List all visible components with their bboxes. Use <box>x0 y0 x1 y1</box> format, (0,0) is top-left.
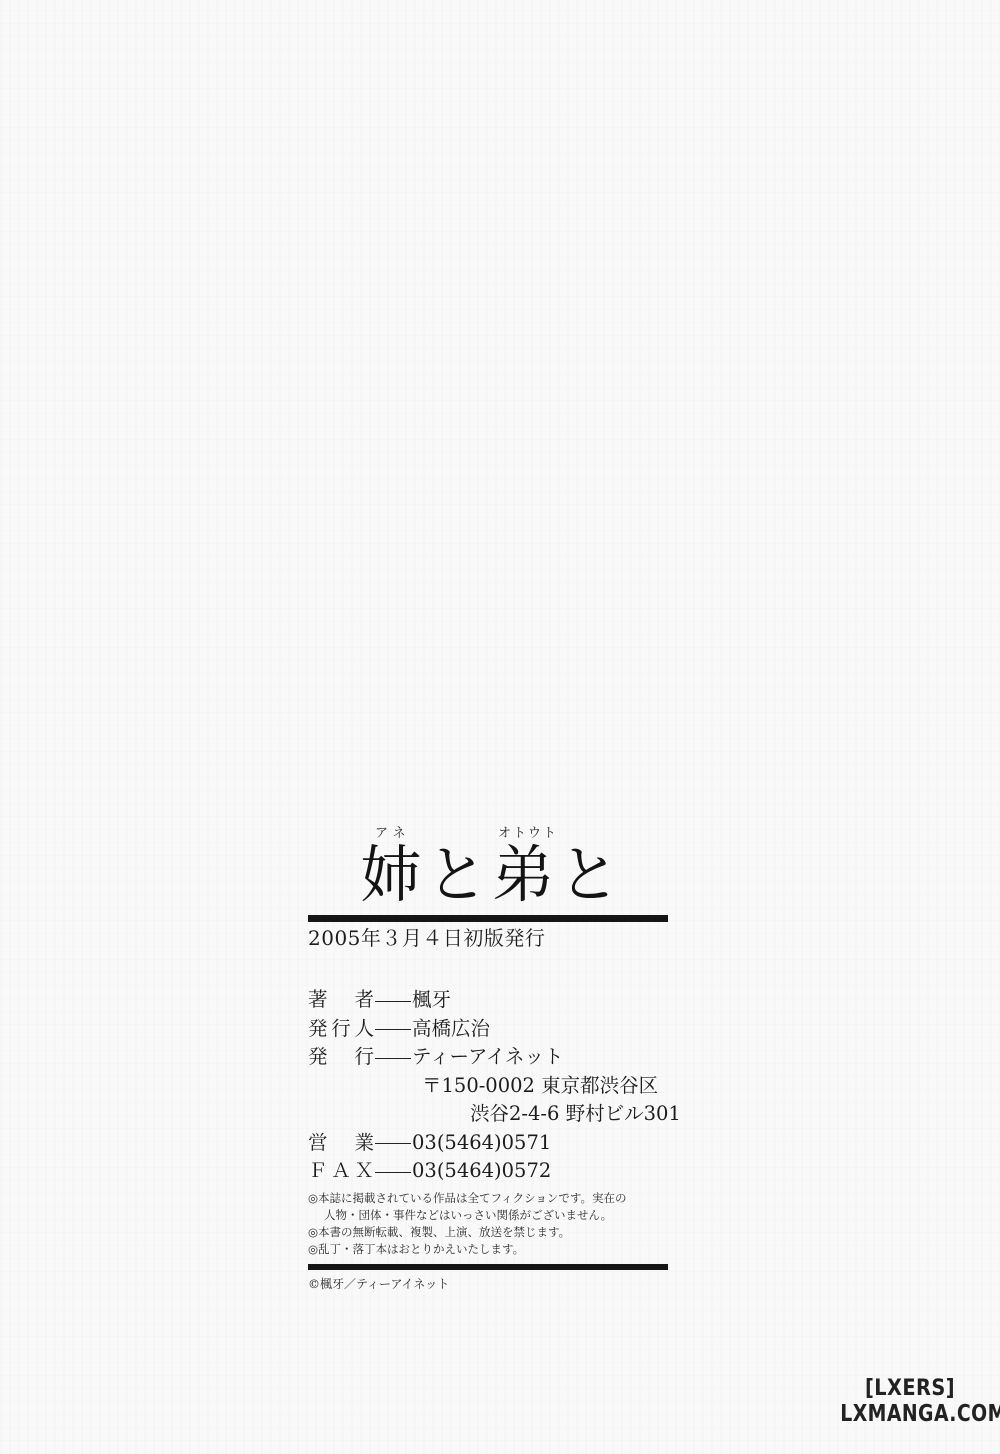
address-line-2: 渋谷2-4-6 野村ビル301 <box>308 1100 668 1129</box>
watermark-site: LXMANGA.COM <box>840 1403 979 1426</box>
dash-separator <box>375 1143 411 1144</box>
bottom-rule <box>308 1264 668 1270</box>
book-title: 姉と弟と <box>360 840 624 910</box>
note-fiction: ◎本誌に掲載されている作品は全てフィクションです。実在の <box>308 1190 668 1207</box>
title-block: アネ オトウト 姉と弟と <box>308 818 668 915</box>
note-defects: ◎乱丁・落丁本はおとりかえいたします。 <box>308 1241 668 1258</box>
notes: ◎本誌に掲載されている作品は全てフィクションです。実在の 人物・団体・事件などは… <box>308 1190 668 1258</box>
credit-value: ティーアイネット <box>412 1043 564 1072</box>
contact-fax: ＦＡＸ 03(5464)0572 <box>308 1157 668 1186</box>
credit-label: 発行人 <box>308 1015 374 1044</box>
credit-value: 楓牙 <box>412 986 451 1015</box>
watermark-group-name: [LXERS] <box>835 1378 985 1400</box>
note-reproduction: ◎本書の無断転載、複製、上演、放送を禁じます。 <box>308 1224 668 1241</box>
credit-publisher-person: 発行人 高橋広治 <box>308 1015 668 1044</box>
contact-label: 営 業 <box>308 1129 374 1158</box>
credit-value: 高橋広治 <box>412 1015 490 1044</box>
colophon: アネ オトウト 姉と弟と 2005年３月４日初版発行 著 者 楓牙 発行人 高橋… <box>308 818 668 1293</box>
note-fiction-cont: 人物・団体・事件などはいっさい関係がございません。 <box>308 1207 668 1224</box>
contact-value: 03(5464)0571 <box>412 1129 551 1158</box>
address-line-1: 〒150-0002 東京都渋谷区 <box>308 1072 668 1101</box>
dash-separator <box>375 1058 411 1059</box>
dash-separator <box>375 1172 411 1173</box>
publication-date: 2005年３月４日初版発行 <box>308 924 668 952</box>
credit-label: 発 行 <box>308 1043 374 1072</box>
copyright: ©楓牙／ティーアイネット <box>308 1275 668 1293</box>
credit-author: 著 者 楓牙 <box>308 986 668 1015</box>
credit-label: 著 者 <box>308 986 374 1015</box>
credits: 著 者 楓牙 発行人 高橋広治 発 行 ティーアイネット 〒150-0002 東… <box>308 986 668 1186</box>
contact-label: ＦＡＸ <box>308 1157 374 1186</box>
dash-separator <box>375 1029 411 1030</box>
contact-sales: 営 業 03(5464)0571 <box>308 1129 668 1158</box>
dash-separator <box>375 1001 411 1002</box>
title-rule <box>308 915 668 922</box>
credit-publisher: 発 行 ティーアイネット <box>308 1043 668 1072</box>
watermark: [LXERS] LXMANGA.COM <box>825 1378 995 1426</box>
contact-value: 03(5464)0572 <box>412 1157 551 1186</box>
